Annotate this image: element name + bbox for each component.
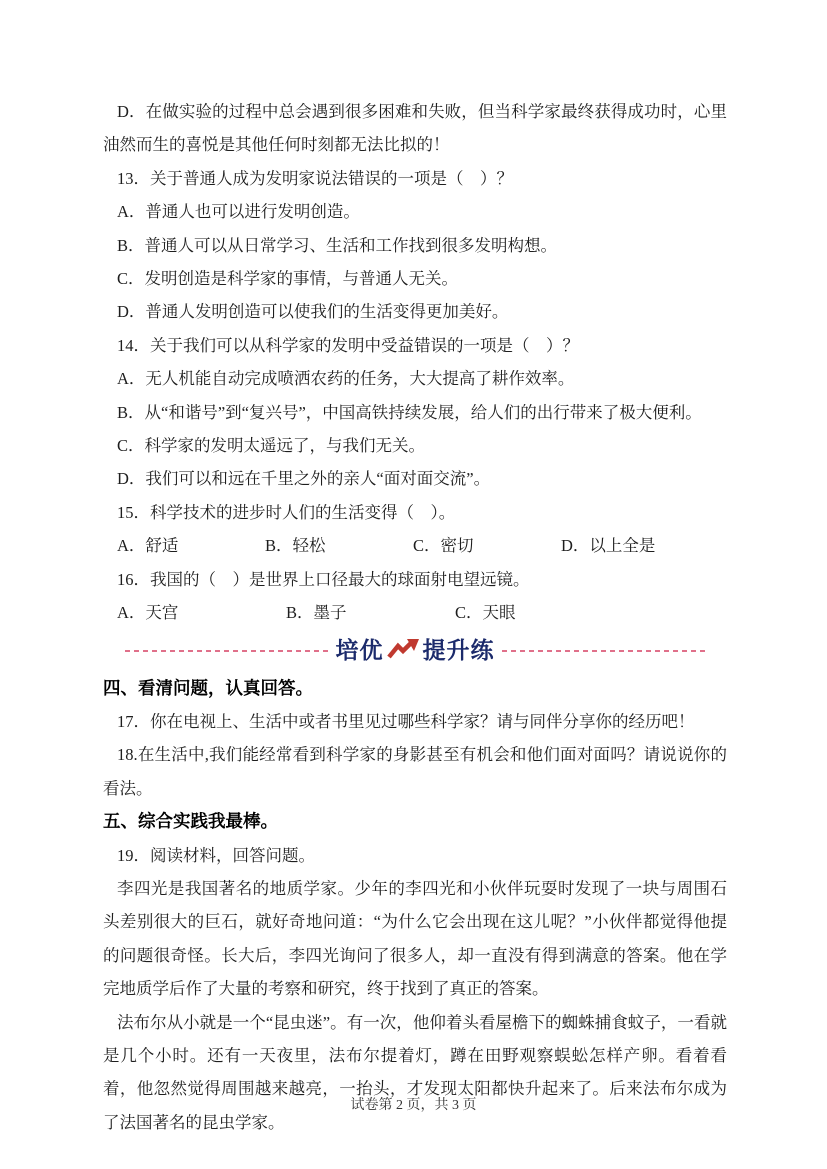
divider-dash-right <box>502 650 706 652</box>
question-15-stem: 15．科学技术的进步时人们的生活变得（ ）。 <box>103 496 727 529</box>
question-19-stem: 19．阅读材料，回答问题。 <box>103 839 727 872</box>
question-16-options-row: A．天宫B．墨子C．天眼 <box>103 596 727 629</box>
exam-page: D．在做实验的过程中总会遇到很多困难和失败，但当科学家最终获得成功时，心里油然而… <box>0 0 827 1169</box>
question-16-stem: 16．我国的（ ）是世界上口径最大的球面射电望远镜。 <box>103 563 727 596</box>
section-five-heading: 五、综合实践我最棒。 <box>103 805 727 838</box>
question-19-number: 19． <box>117 846 150 865</box>
question-15-option-d: D．以上全是 <box>561 536 655 555</box>
question-13-text: 关于普通人成为发明家说法错误的一项是（ ）？ <box>150 169 513 188</box>
question-15-text: 科学技术的进步时人们的生活变得（ ）。 <box>150 503 455 522</box>
trending-up-arrow-icon <box>387 639 420 661</box>
section-four-heading: 四、看清问题，认真回答。 <box>103 672 727 705</box>
question-13-stem: 13．关于普通人成为发明家说法错误的一项是（ ）？ <box>103 162 727 195</box>
question-16-option-a: A．天宫 <box>117 596 286 629</box>
question-15-option-c: C．密切 <box>413 529 561 562</box>
question-14-text: 关于我们可以从科学家的发明中受益错误的一项是（ ）？ <box>150 336 579 355</box>
divider-label: 培优 提升练 <box>329 634 502 667</box>
question-15-number: 15． <box>117 503 150 522</box>
question-17-text: 你在电视上、生活中或者书里见过哪些科学家？请与同伴分享你的经历吧！ <box>150 712 695 731</box>
question-16-number: 16． <box>117 570 150 589</box>
divider-label-left: 培优 <box>336 634 384 667</box>
question-17-number: 17． <box>117 712 150 731</box>
question-14-stem: 14．关于我们可以从科学家的发明中受益错误的一项是（ ）？ <box>103 329 727 362</box>
question-14-number: 14． <box>117 336 150 355</box>
option-d-carryover: D．在做实验的过程中总会遇到很多困难和失败，但当科学家最终获得成功时，心里油然而… <box>103 95 727 162</box>
exam-content: D．在做实验的过程中总会遇到很多困难和失败，但当科学家最终获得成功时，心里油然而… <box>103 95 727 1139</box>
question-14-option-d: D．我们可以和远在千里之外的亲人“面对面交流”。 <box>103 462 727 495</box>
question-18-stem: 18.在生活中,我们能经常看到科学家的身影甚至有机会和他们面对面吗？请说说你的看… <box>103 738 727 805</box>
question-14-option-c: C．科学家的发明太遥远了，与我们无关。 <box>103 429 727 462</box>
question-14-option-b: B．从“和谐号”到“复兴号”，中国高铁持续发展，给人们的出行带来了极大便利。 <box>103 396 727 429</box>
question-19-text: 阅读材料，回答问题。 <box>150 846 315 865</box>
question-16-option-c: C．天眼 <box>455 603 516 622</box>
section-divider: 培优 提升练 <box>103 630 727 672</box>
question-15-option-b: B．轻松 <box>265 529 413 562</box>
divider-label-right: 提升练 <box>423 634 495 667</box>
question-15-option-a: A．舒适 <box>117 529 265 562</box>
question-15-options-row: A．舒适B．轻松C．密切D．以上全是 <box>103 529 727 562</box>
question-18-text: 在生活中,我们能经常看到科学家的身影甚至有机会和他们面对面吗？请说说你的看法。 <box>103 745 727 797</box>
question-18-number: 18. <box>117 745 138 764</box>
divider-dash-left <box>125 650 329 652</box>
question-16-option-b: B．墨子 <box>286 596 455 629</box>
page-footer: 试卷第 2 页，共 3 页 <box>0 1094 827 1114</box>
question-13-option-d: D．普通人发明创造可以使我们的生活变得更加美好。 <box>103 295 727 328</box>
question-13-option-b: B．普通人可以从日常学习、生活和工作找到很多发明构想。 <box>103 229 727 262</box>
question-16-text: 我国的（ ）是世界上口径最大的球面射电望远镜。 <box>150 570 530 589</box>
question-14-option-a: A．无人机能自动完成喷洒农药的任务，大大提高了耕作效率。 <box>103 362 727 395</box>
question-13-option-c: C．发明创造是科学家的事情，与普通人无关。 <box>103 262 727 295</box>
question-13-number: 13． <box>117 169 150 188</box>
question-17-stem: 17．你在电视上、生活中或者书里见过哪些科学家？请与同伴分享你的经历吧！ <box>103 705 727 738</box>
reading-material-paragraph-lisiguang: 李四光是我国著名的地质学家。少年的李四光和小伙伴玩耍时发现了一块与周围石头差别很… <box>103 872 727 1006</box>
reading-material-paragraph-fabre: 法布尔从小就是一个“昆虫迷”。有一次，他仰着头看屋檐下的蜘蛛捕食蚊子，一看就是几… <box>103 1006 727 1140</box>
question-13-option-a: A．普通人也可以进行发明创造。 <box>103 195 727 228</box>
